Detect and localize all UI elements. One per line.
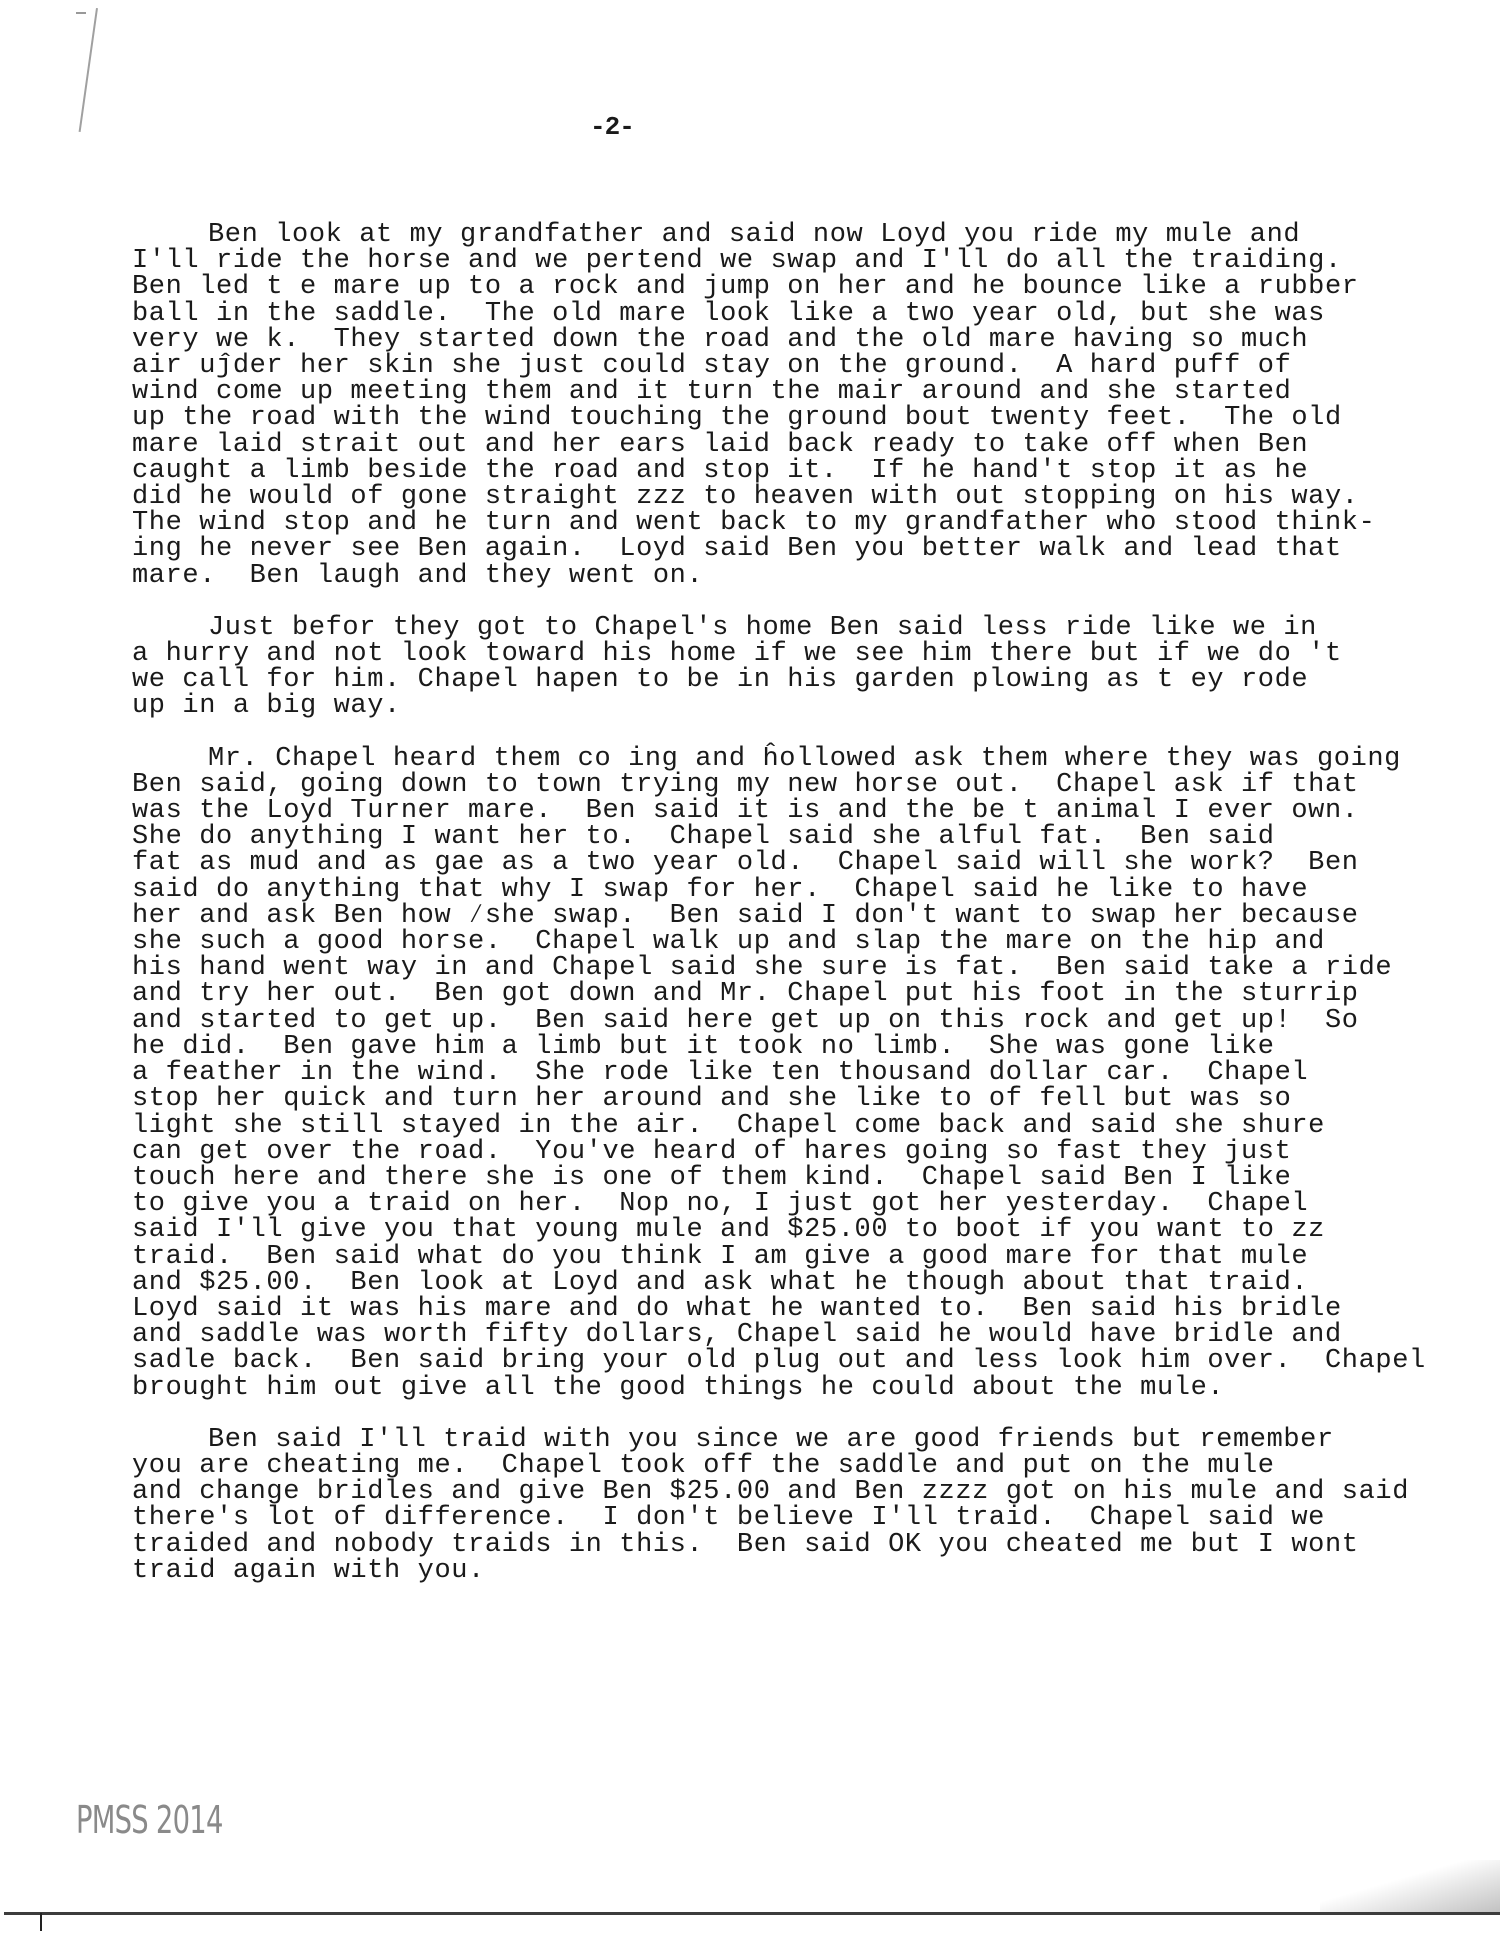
text-line: very we k. They started down the road an…: [132, 327, 1462, 353]
text-line: Ben said I'll traid with you since we ar…: [132, 1427, 1462, 1453]
text-line: Ben said, going down to town trying my n…: [132, 772, 1462, 798]
scan-artifact-line: [79, 8, 98, 132]
page-number: -2-: [590, 112, 634, 142]
text-line: there's lot of difference. I don't belie…: [132, 1505, 1462, 1531]
paragraph-gap: [132, 720, 1462, 746]
text-line: his hand went way in and Chapel said she…: [132, 955, 1462, 981]
archive-watermark: PMSS 2014: [76, 1798, 223, 1842]
text-line: and started to get up. Ben said here get…: [132, 1008, 1462, 1034]
text-line: stop her quick and turn her around and s…: [132, 1086, 1462, 1112]
paragraph-gap: [132, 1401, 1462, 1427]
text-line: can get over the road. You've heard of h…: [132, 1139, 1462, 1165]
paragraph-gap: [132, 589, 1462, 615]
text-line: was the Loyd Turner mare. Ben said it is…: [132, 798, 1462, 824]
page-bottom-edge: [4, 1912, 1500, 1915]
text-line: said do anything that why I swap for her…: [132, 877, 1462, 903]
text-line: air uĵder her skin she just could stay o…: [132, 353, 1462, 379]
document-page: -2- Ben look at my grandfather and said …: [0, 0, 1500, 1941]
text-line: mare. Ben laugh and they went on.: [132, 563, 1462, 589]
document-body: Ben look at my grandfather and said now …: [132, 222, 1462, 1584]
paragraph-2: Just befor they got to Chapel's home Ben…: [132, 615, 1462, 720]
text-line: mare laid strait out and her ears laid b…: [132, 432, 1462, 458]
text-line: touch here and there she is one of them …: [132, 1165, 1462, 1191]
text-line: caught a limb beside the road and stop i…: [132, 458, 1462, 484]
text-line: up in a big way.: [132, 693, 1462, 719]
text-line: we call for him. Chapel hapen to be in h…: [132, 667, 1462, 693]
text-line: she such a good horse. Chapel walk up an…: [132, 929, 1462, 955]
text-line: light she still stayed in the air. Chape…: [132, 1113, 1462, 1139]
scan-mark: [40, 1913, 42, 1931]
text-line: She do anything I want her to. Chapel sa…: [132, 824, 1462, 850]
text-line: ball in the saddle. The old mare look li…: [132, 301, 1462, 327]
text-line: her and ask Ben how ∕she swap. Ben said …: [132, 903, 1462, 929]
text-line: Just befor they got to Chapel's home Ben…: [132, 615, 1462, 641]
text-line: The wind stop and he turn and went back …: [132, 510, 1462, 536]
text-line: he did. Ben gave him a limb but it took …: [132, 1034, 1462, 1060]
paragraph-1: Ben look at my grandfather and said now …: [132, 222, 1462, 589]
text-line: wind come up meeting them and it turn th…: [132, 379, 1462, 405]
text-line: and try her out. Ben got down and Mr. Ch…: [132, 981, 1462, 1007]
text-line: a feather in the wind. She rode like ten…: [132, 1060, 1462, 1086]
text-line: I'll ride the horse and we pertend we sw…: [132, 248, 1462, 274]
text-line: Mr. Chapel heard them co ing and ĥollowe…: [132, 746, 1462, 772]
text-line: said I'll give you that young mule and $…: [132, 1217, 1462, 1243]
text-line: traided and nobody traids in this. Ben s…: [132, 1532, 1462, 1558]
text-line: up the road with the wind touching the g…: [132, 405, 1462, 431]
text-line: Loyd said it was his mare and do what he…: [132, 1296, 1462, 1322]
text-line: a hurry and not look toward his home if …: [132, 641, 1462, 667]
text-line: you are cheating me. Chapel took off the…: [132, 1453, 1462, 1479]
text-line: sadle back. Ben said bring your old plug…: [132, 1348, 1462, 1374]
text-line: brought him out give all the good things…: [132, 1375, 1462, 1401]
text-line: and $25.00. Ben look at Loyd and ask wha…: [132, 1270, 1462, 1296]
text-line: traid again with you.: [132, 1558, 1462, 1584]
text-line: to give you a traid on her. Nop no, I ju…: [132, 1191, 1462, 1217]
text-line: traid. Ben said what do you think I am g…: [132, 1244, 1462, 1270]
text-line: did he would of gone straight zzz to hea…: [132, 484, 1462, 510]
paragraph-4: Ben said I'll traid with you since we ar…: [132, 1427, 1462, 1584]
text-line: Ben led t e mare up to a rock and jump o…: [132, 274, 1462, 300]
text-line: and saddle was worth fifty dollars, Chap…: [132, 1322, 1462, 1348]
scan-mark: [76, 12, 86, 14]
text-line: Ben look at my grandfather and said now …: [132, 222, 1462, 248]
text-line: ing he never see Ben again. Loyd said Be…: [132, 536, 1462, 562]
text-line: and change bridles and give Ben $25.00 a…: [132, 1479, 1462, 1505]
scan-shadow: [1320, 1860, 1500, 1912]
paragraph-3: Mr. Chapel heard them co ing and ĥollowe…: [132, 746, 1462, 1401]
text-line: fat as mud and as gae as a two year old.…: [132, 850, 1462, 876]
